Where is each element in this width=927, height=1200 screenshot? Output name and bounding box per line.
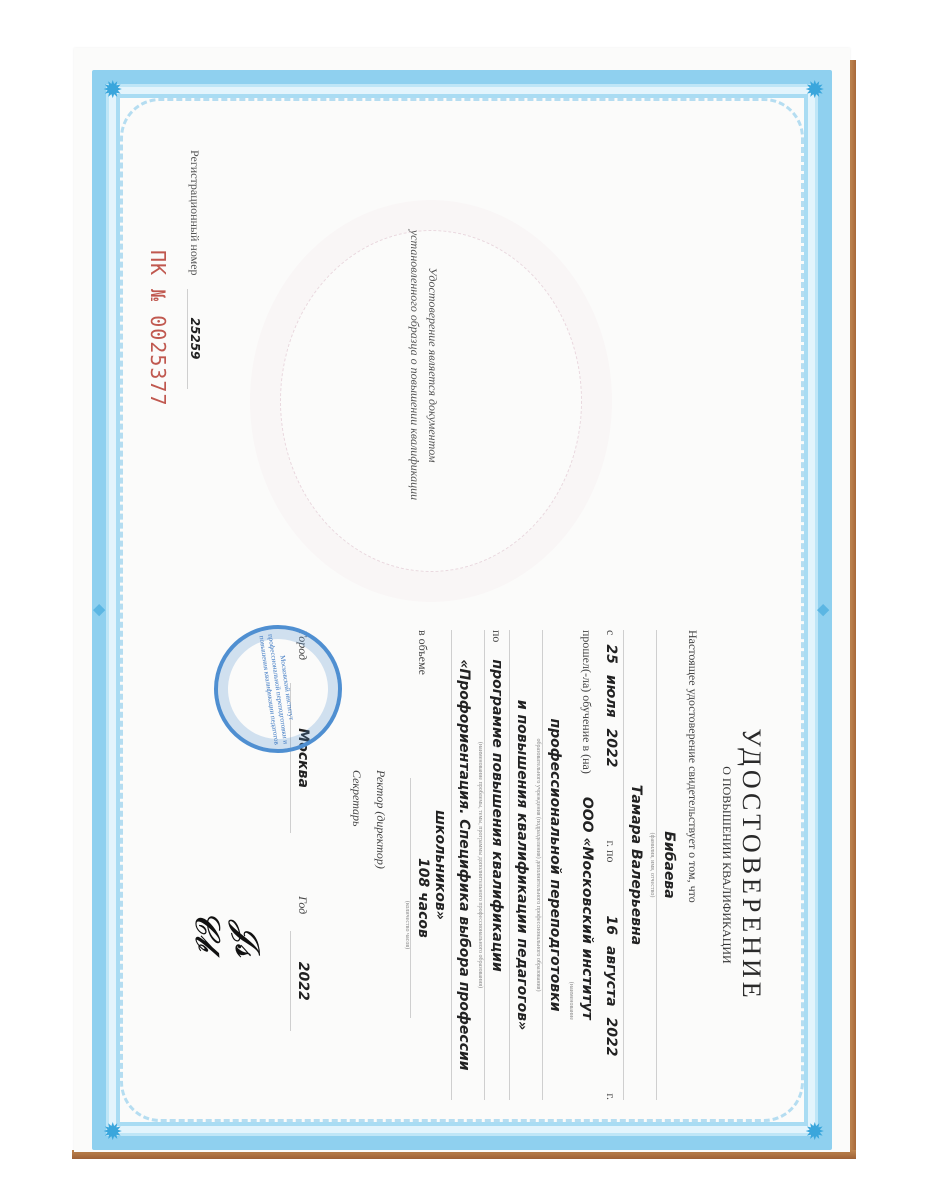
document-title: УДОСТОВЕРЕНИЕ [736, 630, 766, 1100]
rector-row: Ректор (директор) [369, 630, 393, 1100]
from-month: июля [603, 675, 619, 718]
institution-line-3: и повышения квалификации педагогов» [509, 630, 534, 1100]
given-names-row: Тамара Валерьевна [623, 630, 648, 1100]
institution-name: ООО «Московский институт [579, 797, 595, 1020]
rosette-icon: ✹ [800, 1118, 826, 1144]
registration-number: 25259 [187, 289, 202, 389]
left-panel: Удостоверение является документом устано… [142, 130, 742, 600]
given-names-field: Тамара Валерьевна [628, 785, 644, 945]
serial-number: ПК № 0025377 [146, 250, 170, 407]
rosette-icon: ✹ [800, 76, 826, 102]
registration-row: Регистрационный номер 25259 [187, 150, 202, 580]
year-value: 2022 [290, 931, 315, 1031]
program-type-row: по программе повышения квалификации [484, 630, 509, 1100]
hours-value: 108 часов [410, 778, 435, 1018]
hours-row: в объеме 108 часов [411, 630, 435, 1100]
rector-signature: 𝓙𝓼 [227, 920, 267, 957]
ornament-icon: ◆ [90, 604, 110, 616]
official-stamp: Московский институт профессиональной пер… [206, 617, 351, 762]
to-year: 2022 [603, 1018, 619, 1057]
period-row: с 25 июля 2022 г. по 16 августа 2022 г. [599, 630, 623, 1100]
rosette-icon: ✹ [98, 76, 124, 102]
institution-line-2: профессиональной переподготовки [542, 630, 567, 1100]
to-day: 16 [603, 915, 619, 934]
secretary-row: Секретарь [345, 630, 369, 1100]
program-type: программе повышения квалификации [489, 659, 505, 971]
program-name-row: «Профориентация. Специфика выбора профес… [451, 630, 476, 1100]
intro-row: Настоящее удостоверение свидетельствует … [681, 630, 705, 1100]
to-month: августа [603, 946, 619, 1007]
surname-row: Бибаева [656, 630, 681, 1100]
secretary-signature: 𝓒𝓫 [187, 910, 227, 951]
secretary-label: Секретарь [350, 770, 364, 826]
rector-label: Ректор (директор) [374, 770, 388, 869]
validity-statement: Удостоверение является документом устано… [406, 150, 442, 580]
rosette-icon: ✹ [98, 1118, 124, 1144]
institution-row: прошел(-ла) обучение в (на) ООО «Московс… [575, 630, 599, 1100]
registration-label: Регистрационный номер [188, 150, 202, 276]
from-day: 25 [603, 644, 619, 663]
from-year: 2022 [603, 728, 619, 767]
ornament-icon: ◆ [814, 604, 834, 616]
right-panel: УДОСТОВЕРЕНИЕ О ПОВЫШЕНИИ КВАЛИФИКАЦИИ Н… [132, 630, 772, 1100]
certificate: ✹ ✹ ✹ ✹ ◆ ◆ Удостоверение является докум… [92, 70, 832, 1150]
surname-field: Бибаева [661, 831, 677, 899]
document-subtitle: О ПОВЫШЕНИИ КВАЛИФИКАЦИИ [719, 630, 734, 1100]
program-name: «Профориентация. Специфика выбора профес… [432, 659, 472, 1070]
